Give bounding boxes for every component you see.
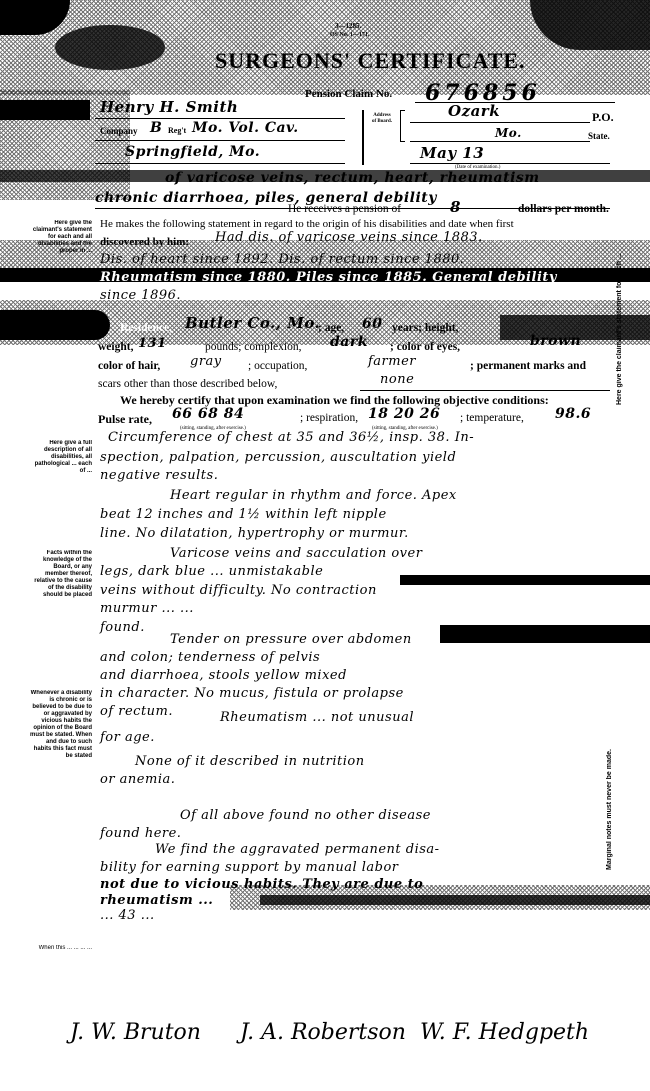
margin-note-vicious-habits: Whenever a disability is chronic or is b… (30, 690, 92, 775)
finding-line-14: in character. No mucus, fistula or prola… (100, 686, 404, 701)
finding-line-7: legs, dark blue ... unmistakable (100, 564, 323, 579)
temperature-label: ; temperature, (460, 412, 524, 424)
finding-line-15: of rectum. (100, 704, 173, 719)
claimant-name: Henry H. Smith (100, 98, 238, 116)
finding-line-6: Varicose veins and sacculation over (170, 546, 422, 561)
age-label: ; age, (318, 322, 344, 334)
eyes-value: brown (530, 333, 581, 349)
pension-suffix: dollars per month. (518, 203, 609, 215)
finding-line-17: for age. (100, 730, 155, 745)
disabilities-line-1: of varicose veins, rectum, heart, rheuma… (165, 170, 540, 186)
ink-blot-emblem (55, 25, 165, 70)
margin-note-facts: Facts within the knowledge of the Board,… (30, 550, 92, 625)
statement-hand-2: Dis. of heart since 1892. Dis. of rectum… (100, 252, 464, 267)
state-label: State. (588, 131, 610, 141)
pension-amount: 8 (450, 198, 461, 216)
occupation-value: farmer (368, 354, 416, 369)
finding-line-2: negative results. (100, 468, 218, 483)
state-value: Mo. (495, 126, 522, 140)
weight-value: 131 (138, 336, 167, 351)
scars-underline (360, 390, 610, 391)
finding-line-13: and diarrhoea, stools yellow mixed (100, 668, 347, 683)
regiment-value: Mo. Vol. Cav. (192, 120, 299, 136)
address-bracket-divider (362, 110, 364, 165)
signature-2: J. A. Robertson (240, 1020, 406, 1045)
residence-value: Butler Co., Mo. (185, 314, 320, 332)
address-of-board-label: Address of Board. (372, 113, 392, 125)
finding-line-0: Circumference of chest at 35 and 36½, in… (108, 430, 474, 445)
statement-hand-3: Rheumatism since 1880. Piles since 1885.… (100, 270, 557, 285)
finding-line-5: line. No dilatation, hypertrophy or murm… (100, 526, 409, 541)
pension-claim-label: Pension Claim No. (305, 88, 392, 100)
finding-line-9: murmur ... ... (100, 601, 194, 616)
pulse-label: Pulse rate, (98, 412, 152, 427)
margin-note-bottom: When this ... ... ... ... (30, 945, 92, 985)
occupation-label: ; occupation, (248, 360, 307, 372)
company-underline (95, 140, 345, 141)
claimant-name-underline (95, 118, 345, 119)
ink-band-6 (400, 575, 650, 585)
finding-line-19: or anemia. (100, 772, 175, 787)
finding-line-8: veins without difficulty. No contraction (100, 583, 377, 598)
scars-value: none (380, 372, 414, 387)
eyes-label: ; color of eyes, (390, 341, 460, 353)
pulse-value: 66 68 84 (172, 406, 244, 422)
finding-line-12: and colon; tenderness of pelvis (100, 650, 320, 665)
post-office-underline (410, 122, 590, 123)
respiration-value: 18 20 26 (368, 406, 440, 422)
residence-label: Residence, (120, 322, 172, 334)
scars-label: scars other than those described below, (98, 378, 277, 390)
finding-line-23: bility for earning support by manual lab… (100, 860, 399, 875)
finding-line-26: ... 43 ... (100, 908, 155, 923)
regiment-label: Reg't (168, 126, 186, 135)
exam-date-underline (410, 163, 610, 164)
finding-line-10: found. (100, 620, 145, 635)
state-underline (410, 141, 590, 142)
form-number-2: OS No. 1—171. (330, 32, 369, 38)
margin-note-description: Here give a full description of all disa… (30, 440, 92, 500)
finding-line-25: rheumatism ... (100, 893, 213, 908)
finding-line-4: beat 12 inches and 1½ within left nipple (100, 507, 387, 522)
pension-claim-underline (415, 102, 615, 103)
finding-line-21: found here. (100, 826, 181, 841)
statement-hand-4: since 1896. (100, 288, 181, 303)
address-brace (400, 110, 405, 142)
hair-value: gray (190, 354, 222, 369)
company-value: B (150, 120, 162, 136)
document-title: SURGEONS' CERTIFICATE. (215, 48, 526, 74)
exam-date-value: May 13 (420, 144, 484, 162)
company-label: Company (100, 126, 138, 136)
signature-1: J. W. Bruton (70, 1020, 201, 1045)
ink-band-1 (0, 100, 90, 120)
finding-line-18: None of it described in nutrition (135, 754, 365, 769)
finding-line-3: Heart regular in rhythm and force. Apex (170, 488, 457, 503)
years-height-label: years; height, (392, 322, 458, 334)
right-margin-vertical-2: Marginal notes must never be made. (606, 680, 613, 870)
statement-printed-2: discovered by him: (100, 236, 189, 248)
ink-band-7 (440, 625, 650, 643)
finding-line-11: Tender on pressure over abdomen (170, 632, 412, 647)
complexion-value: dark (330, 334, 368, 350)
temperature-value: 98.6 (555, 406, 591, 422)
finding-line-22: We find the aggravated permanent disa- (155, 842, 440, 857)
ink-band-4 (0, 310, 110, 340)
pension-prefix: He receives a pension of (288, 203, 401, 215)
ink-band-8 (260, 895, 650, 905)
place-of-examination: Springfield, Mo. (125, 144, 260, 160)
statement-printed-1: He makes the following statement in rega… (100, 218, 514, 230)
post-office-value: Ozark (448, 102, 500, 120)
place-underline (95, 163, 345, 164)
signature-3: W. F. Hedgpeth (420, 1020, 589, 1045)
respiration-label: ; respiration, (300, 412, 358, 424)
finding-line-20: Of all above found no other disease (180, 808, 431, 823)
finding-line-1: spection, palpation, percussion, auscult… (100, 450, 456, 465)
form-number-1: 3—1285. (335, 22, 361, 30)
weight-label: weight, (98, 341, 133, 353)
right-margin-vertical-1: Here give the claimant's statement for e… (616, 125, 623, 405)
hair-label: color of hair, (98, 360, 160, 372)
permanent-marks-label: ; permanent marks and (470, 360, 586, 372)
post-office-label: P.O. (592, 110, 614, 125)
margin-note-claimant-statement: Here give the claimant's statement for e… (30, 220, 92, 290)
statement-hand-1: Had dis. of varicose veins since 1883. (215, 230, 483, 245)
pounds-complexion-label: pounds; complexion, (205, 341, 301, 353)
finding-line-16: Rheumatism ... not unusual (220, 710, 414, 725)
age-value: 60 (362, 316, 382, 332)
finding-line-24: not due to vicious habits. They are due … (100, 877, 423, 892)
